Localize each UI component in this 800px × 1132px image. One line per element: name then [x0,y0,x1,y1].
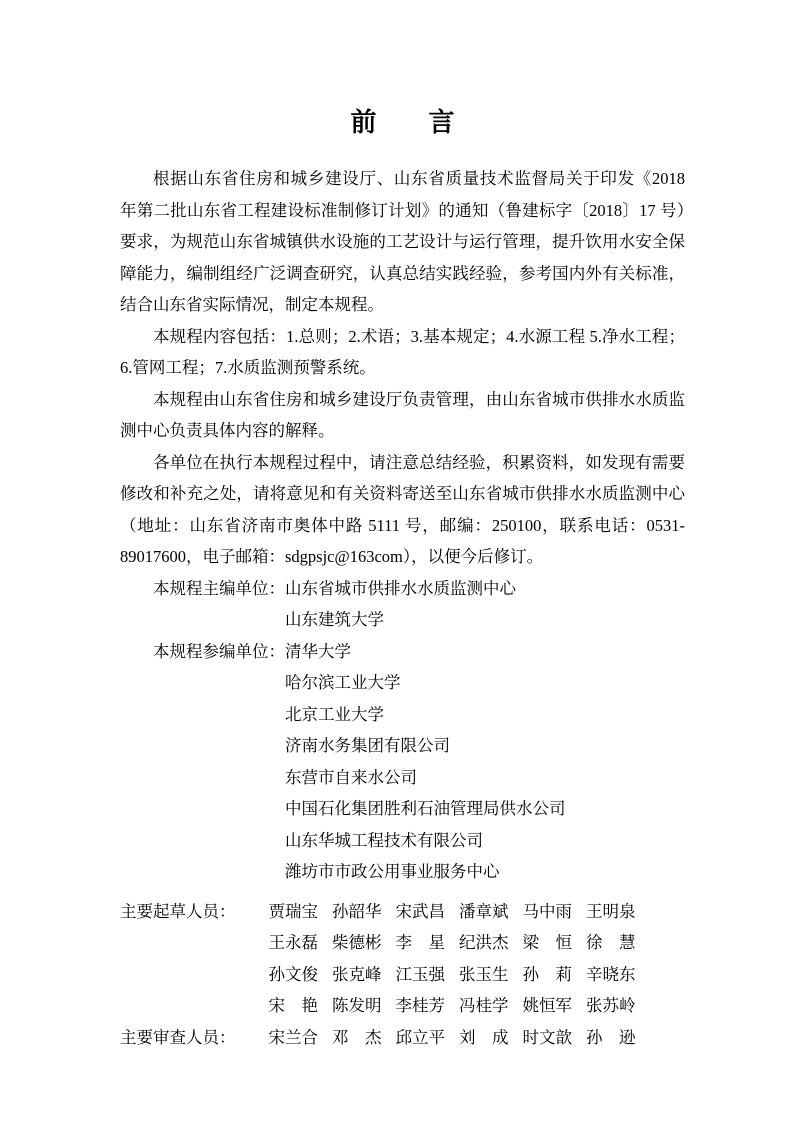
foreword-paragraph-1: 根据山东省住房和城乡建设厅、山东省质量技术监督局关于印发《2018 年第二批山东… [120,163,685,321]
participating-editor-row: 北京工业大学 [120,699,685,731]
drafter-name: 贾瑞宝 [269,896,319,928]
drafter-name: 姚恒军 [523,990,573,1022]
drafter-name: 李桂芳 [396,990,446,1022]
participating-editor-row: 哈尔滨工业大学 [120,667,685,699]
participating-unit: 山东华城工程技术有限公司 [285,825,483,857]
foreword-body: 根据山东省住房和城乡建设厅、山东省质量技术监督局关于印发《2018 年第二批山东… [120,163,685,1053]
reviewer-name: 邓 杰 [332,1022,382,1054]
drafter-name: 张玉生 [459,959,509,991]
participating-unit: 清华大学 [285,636,351,668]
drafter-name: 江玉强 [396,959,446,991]
drafter-name: 柴德彬 [332,927,382,959]
chief-editor-unit: 山东建筑大学 [285,604,384,636]
drafters-row: 王永磊 柴德彬 李 星 纪洪杰 梁 恒 徐 慧 [120,927,685,959]
drafter-name: 辛晓东 [586,959,636,991]
participating-editor-row: 本规程参编单位： 清华大学 [120,636,685,668]
drafter-name: 孙文俊 [269,959,319,991]
foreword-paragraph-4: 各单位在执行本规程过程中，请注意总结经验，积累资料，如发现有需要修改和补充之处，… [120,447,685,573]
drafters-section: 主要起草人员： 贾瑞宝 孙韶华 宋武昌 潘章斌 马中雨 王明泉 王永磊 柴德彬 … [120,896,685,1022]
foreword-paragraph-3: 本规程由山东省住房和城乡建设厅负责管理，由山东省城市供排水水质监测中心负责具体内… [120,384,685,447]
reviewer-name: 刘 成 [459,1022,509,1054]
document-page: 前 言 根据山东省住房和城乡建设厅、山东省质量技术监督局关于印发《2018 年第… [0,0,800,1132]
drafter-name: 张苏岭 [586,990,636,1022]
drafter-name: 王明泉 [586,896,636,928]
drafter-name: 王永磊 [269,927,319,959]
participating-editor-row: 中国石化集团胜利石油管理局供水公司 [120,793,685,825]
drafter-name: 孙韶华 [332,896,382,928]
chief-editor-unit: 山东省城市供排水水质监测中心 [285,573,516,605]
participating-editor-row: 山东华城工程技术有限公司 [120,825,685,857]
participating-editor-label: 本规程参编单位： [153,636,285,668]
participating-editor-row: 潍坊市市政公用事业服务中心 [120,856,685,888]
participating-editor-row: 东营市自来水公司 [120,762,685,794]
drafters-row: 主要起草人员： 贾瑞宝 孙韶华 宋武昌 潘章斌 马中雨 王明泉 [120,896,685,928]
drafters-label: 主要起草人员： [120,896,269,928]
drafter-name: 冯桂学 [459,990,509,1022]
drafter-name: 孙 莉 [523,959,573,991]
reviewer-name: 邱立平 [396,1022,446,1054]
reviewer-name: 孙 逊 [586,1022,636,1054]
drafter-name: 徐 慧 [586,927,636,959]
reviewers-label: 主要审查人员： [120,1022,269,1054]
chief-editor-label: 本规程主编单位： [153,573,285,605]
drafter-name: 宋武昌 [396,896,446,928]
drafter-name: 马中雨 [523,896,573,928]
drafters-row: 宋 艳 陈发明 李桂芳 冯桂学 姚恒军 张苏岭 [120,990,685,1022]
participating-unit: 济南水务集团有限公司 [285,730,450,762]
chief-editor-row: 本规程主编单位： 山东省城市供排水水质监测中心 [120,573,685,605]
reviewer-name: 宋兰合 [269,1022,319,1054]
editor-units-section: 本规程主编单位： 山东省城市供排水水质监测中心 山东建筑大学 本规程参编单位： … [120,573,685,888]
drafter-name: 张克峰 [332,959,382,991]
page-title: 前 言 [120,104,685,142]
drafter-name: 梁 恒 [523,927,573,959]
drafter-name: 潘章斌 [459,896,509,928]
reviewers-row: 主要审查人员： 宋兰合 邓 杰 邱立平 刘 成 时文歆 孙 逊 [120,1022,685,1054]
drafter-name: 宋 艳 [269,990,319,1022]
drafter-name: 李 星 [396,927,446,959]
drafter-name: 陈发明 [332,990,382,1022]
participating-unit: 哈尔滨工业大学 [285,667,401,699]
participating-unit: 北京工业大学 [285,699,384,731]
participating-unit: 中国石化集团胜利石油管理局供水公司 [285,793,566,825]
participating-unit: 潍坊市市政公用事业服务中心 [285,856,500,888]
chief-editor-row: 山东建筑大学 [120,604,685,636]
drafter-name: 纪洪杰 [459,927,509,959]
drafters-row: 孙文俊 张克峰 江玉强 张玉生 孙 莉 辛晓东 [120,959,685,991]
reviewer-name: 时文歆 [523,1022,573,1054]
participating-unit: 东营市自来水公司 [285,762,417,794]
participating-editor-row: 济南水务集团有限公司 [120,730,685,762]
foreword-paragraph-2: 本规程内容包括：1.总则；2.术语；3.基本规定；4.水源工程 5.净水工程；6… [120,321,685,384]
